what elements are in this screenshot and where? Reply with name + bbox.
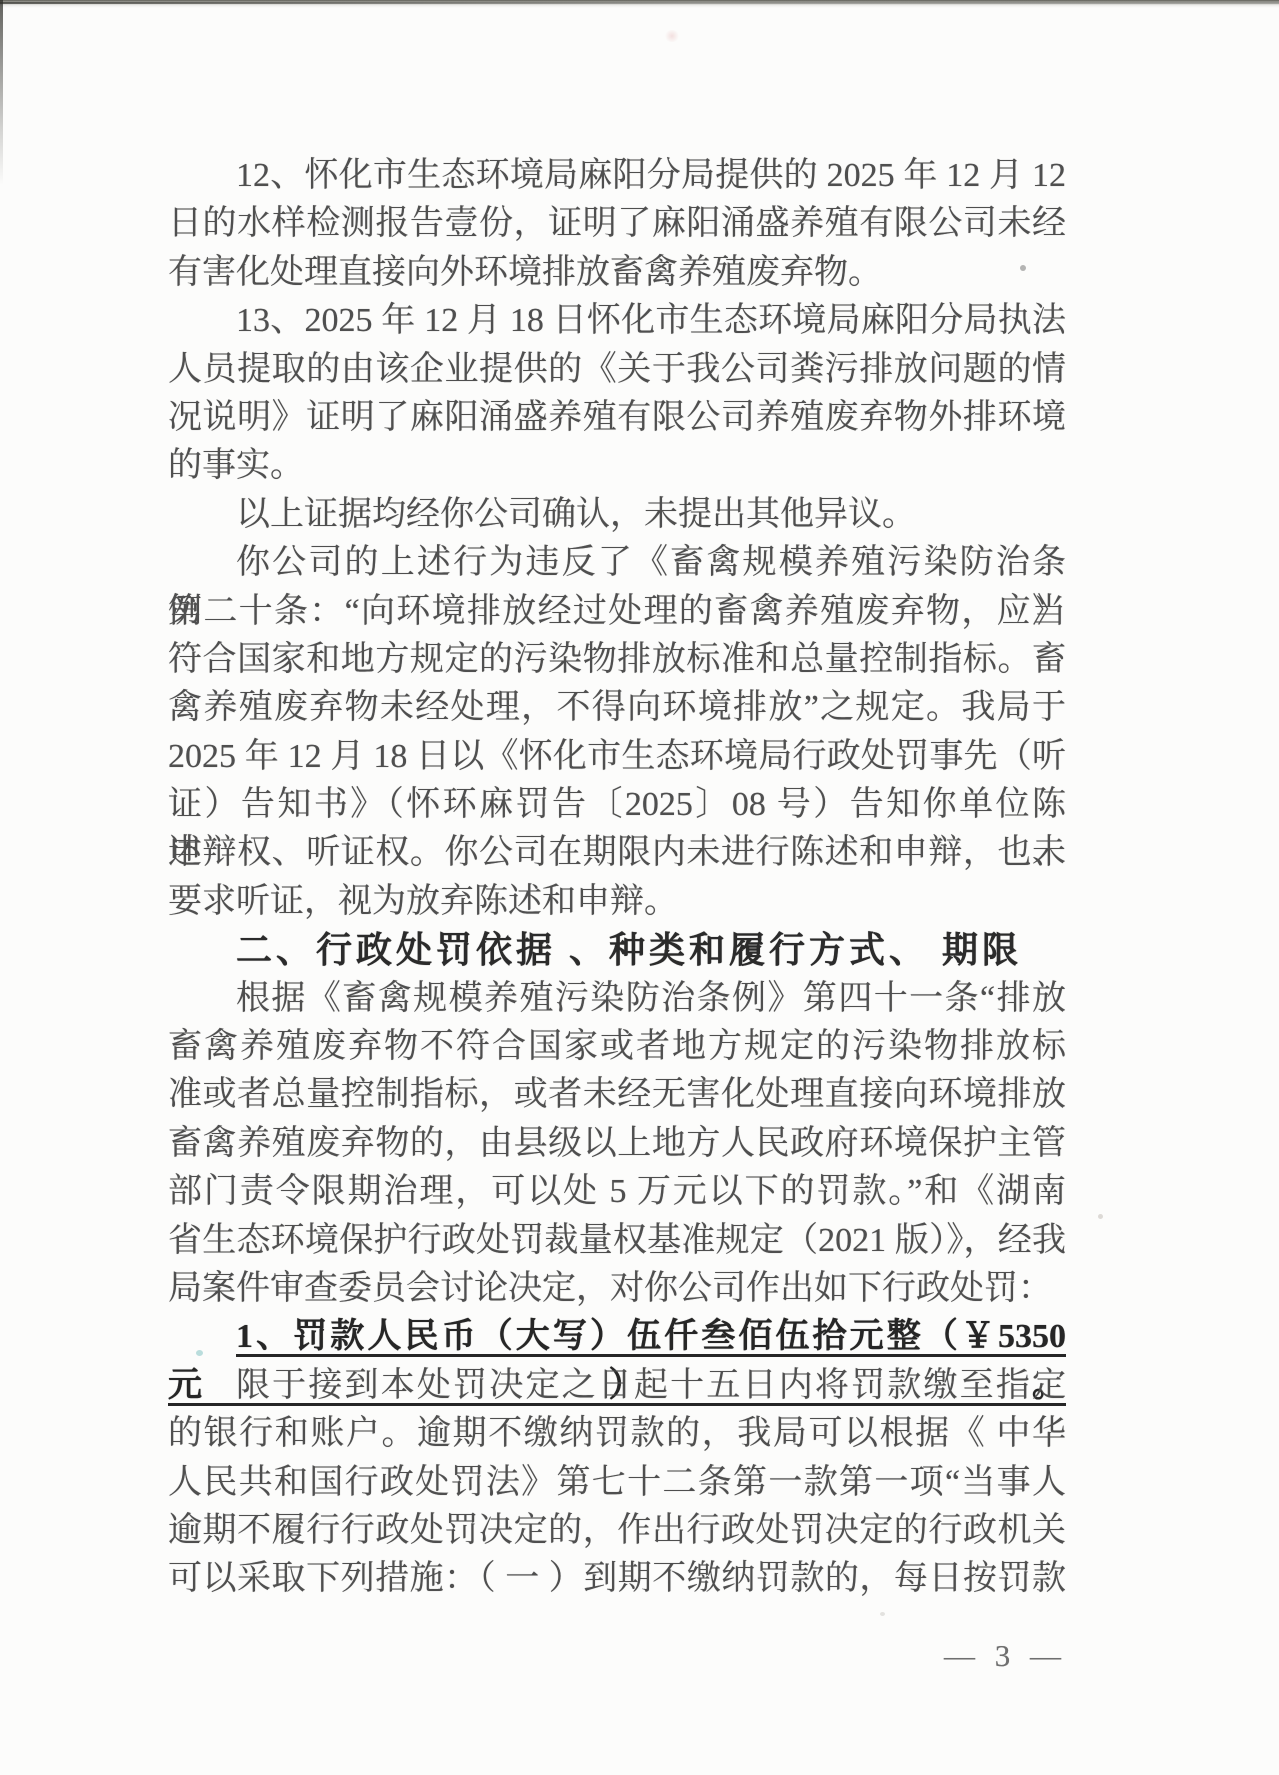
text-line: 人民共和国行政处罚法》第七十二条第一款第一项“当事人 [168,1459,1066,1507]
text-line: 局案件审查委员会讨论决定，对你公司作出如下行政处罚： [168,1265,1066,1313]
text-line: 畜禽养殖废弃物的，由县级以上地方人民政府环境保护主管 [168,1120,1066,1168]
text-line: 要求听证，视为放弃陈述和申辩。 [168,878,1066,926]
text-line: 12、怀化市生态环境局麻阳分局提供的 2025 年 12 月 12 [168,152,1066,200]
page-number: — 3 — [944,1638,1067,1674]
scan-edge-artifact [0,0,1279,8]
text-line: 符合国家和地方规定的污染物排放标准和总量控制指标。畜 [168,636,1066,684]
penalty-amount-line: 1、罚款人民币（大写）伍仟叁佰伍拾元整（￥5350 元）。 [168,1313,1066,1361]
text-line: 部门责令限期治理，可以处 5 万元以下的罚款。”和《湖南 [168,1168,1066,1216]
text-line: 13、2025 年 12 月 18 日怀化市生态环境局麻阳分局执法 [168,297,1066,345]
text-line: 证）告知书》（怀环麻罚告〔2025〕08 号）告知你单位陈述、 [168,781,1066,829]
scan-edge-artifact [0,0,3,185]
text-line: 禽养殖废弃物未经处理，不得向环境排放”之规定。我局于 [168,684,1066,732]
text-line: 以上证据均经你公司确认，未提出其他异议。 [168,491,1066,539]
section-heading: 二、行政处罚依据 、种类和履行方式、 期限 [168,926,1066,974]
text-line: 逾期不履行行政处罚决定的，作出行政处罚决定的行政机关 [168,1507,1066,1555]
document-body: 12、怀化市生态环境局麻阳分局提供的 2025 年 12 月 12日的水样检测报… [168,152,1066,1604]
text-line: 省生态环境保护行政处罚裁量权基准规定（2021 版）》，经我 [168,1217,1066,1265]
text-line: 申辩权、听证权。你公司在期限内未进行陈述和申辩，也未 [168,829,1066,877]
text-line: 日的水样检测报告壹份，证明了麻阳涌盛养殖有限公司未经 [168,200,1066,248]
text-line: 2025 年 12 月 18 日以《怀化市生态环境局行政处罚事先（听 [168,733,1066,781]
scan-speck [664,30,680,42]
text-line: 限于接到本处罚决定之日起十五日内将罚款缴至指定 [168,1362,1066,1410]
text-line: 根据《畜禽规模养殖污染防治条例》第四十一条“排放 [168,975,1066,1023]
scan-speck [880,1612,885,1616]
text-line: 可以采取下列措施：（ 一 ）到期不缴纳罚款的，每日按罚款 [168,1555,1066,1603]
text-line: 准或者总量控制指标，或者未经无害化处理直接向环境排放 [168,1071,1066,1119]
text-line: 的银行和账户。逾期不缴纳罚款的，我局可以根据《 中华 [168,1410,1066,1458]
text-line: 畜禽养殖废弃物不符合国家或者地方规定的污染物排放标 [168,1023,1066,1071]
scanned-document-page: 12、怀化市生态环境局麻阳分局提供的 2025 年 12 月 12日的水样检测报… [0,0,1279,1775]
text-line: 有害化处理直接向外环境排放畜禽养殖废弃物。 [168,249,1066,297]
text-line: 人员提取的由该企业提供的《关于我公司粪污排放问题的情 [168,346,1066,394]
text-line: 你公司的上述行为违反了《畜禽规模养殖污染防治条例》 [168,539,1066,587]
scan-speck [1098,1214,1103,1219]
text-line: 第二十条：“向环境排放经过处理的畜禽养殖废弃物，应当 [168,588,1066,636]
text-line: 的事实。 [168,442,1066,490]
text-line: 况说明》证明了麻阳涌盛养殖有限公司养殖废弃物外排环境 [168,394,1066,442]
